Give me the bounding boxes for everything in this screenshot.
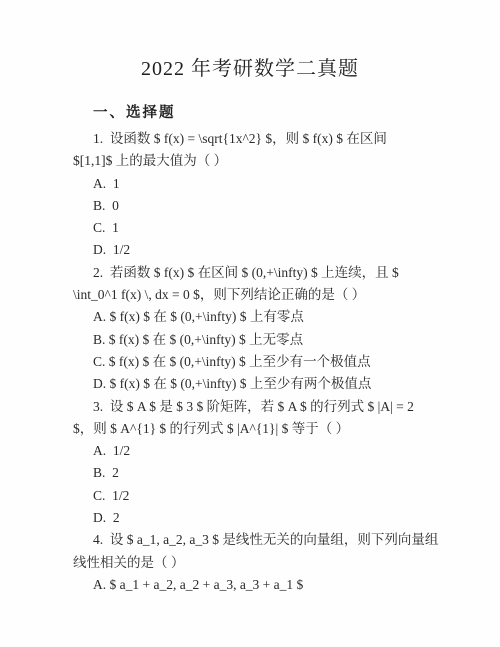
question-1-line-2: $[1,1]$ 上的最大值为（ ） xyxy=(73,150,500,172)
question-3-line-1: 3. 设 $ A $ 是 $ 3 $ 阶矩阵，若 $ A $ 的行列式 $ |A… xyxy=(93,396,500,418)
exam-body: 1. 设函数 $ f(x) = \sqrt{1x^2} $，则 $ f(x) $… xyxy=(0,128,500,596)
question-1-option-c: C. 1 xyxy=(93,217,500,239)
question-3-option-c: C. 1/2 xyxy=(93,485,500,507)
question-4-line-1: 4. 设 $ a_1, a_2, a_3 $ 是线性无关的向量组，则下列向量组 xyxy=(93,529,500,551)
question-2-option-b: B. $ f(x) $ 在 $ (0,+\infty) $ 上无零点 xyxy=(93,329,500,351)
question-1-option-b: B. 0 xyxy=(93,195,500,217)
question-4-option-a: A. $ a_1 + a_2, a_2 + a_3, a_3 + a_1 $ xyxy=(93,574,500,596)
section-heading: 一、选择题 xyxy=(93,101,500,122)
page-title: 2022 年考研数学二真题 xyxy=(0,0,500,81)
question-1-option-d: D. 1/2 xyxy=(93,239,500,261)
question-2-option-a: A. $ f(x) $ 在 $ (0,+\infty) $ 上有零点 xyxy=(93,306,500,328)
question-1-line-1: 1. 设函数 $ f(x) = \sqrt{1x^2} $，则 $ f(x) $… xyxy=(93,128,500,150)
question-3-option-a: A. 1/2 xyxy=(93,440,500,462)
question-3-option-b: B. 2 xyxy=(93,462,500,484)
question-2-line-2: \int_0^1 f(x) \, dx = 0 $，则下列结论正确的是（ ） xyxy=(73,284,500,306)
question-2-option-d: D. $ f(x) $ 在 $ (0,+\infty) $ 上至少有两个极值点 xyxy=(93,373,500,395)
exam-document-page: 2022 年考研数学二真题 一、选择题 1. 设函数 $ f(x) = \sqr… xyxy=(0,0,500,647)
question-1-option-a: A. 1 xyxy=(93,173,500,195)
question-4-line-2: 线性相关的是（ ） xyxy=(73,552,500,574)
question-2-line-1: 2. 若函数 $ f(x) $ 在区间 $ (0,+\infty) $ 上连续，… xyxy=(93,262,500,284)
question-3-line-2: $，则 $ A^{1} $ 的行列式 $ |A^{1}| $ 等于（ ） xyxy=(73,418,500,440)
question-2-option-c: C. $ f(x) $ 在 $ (0,+\infty) $ 上至少有一个极值点 xyxy=(93,351,500,373)
question-3-option-d: D. 2 xyxy=(93,507,500,529)
